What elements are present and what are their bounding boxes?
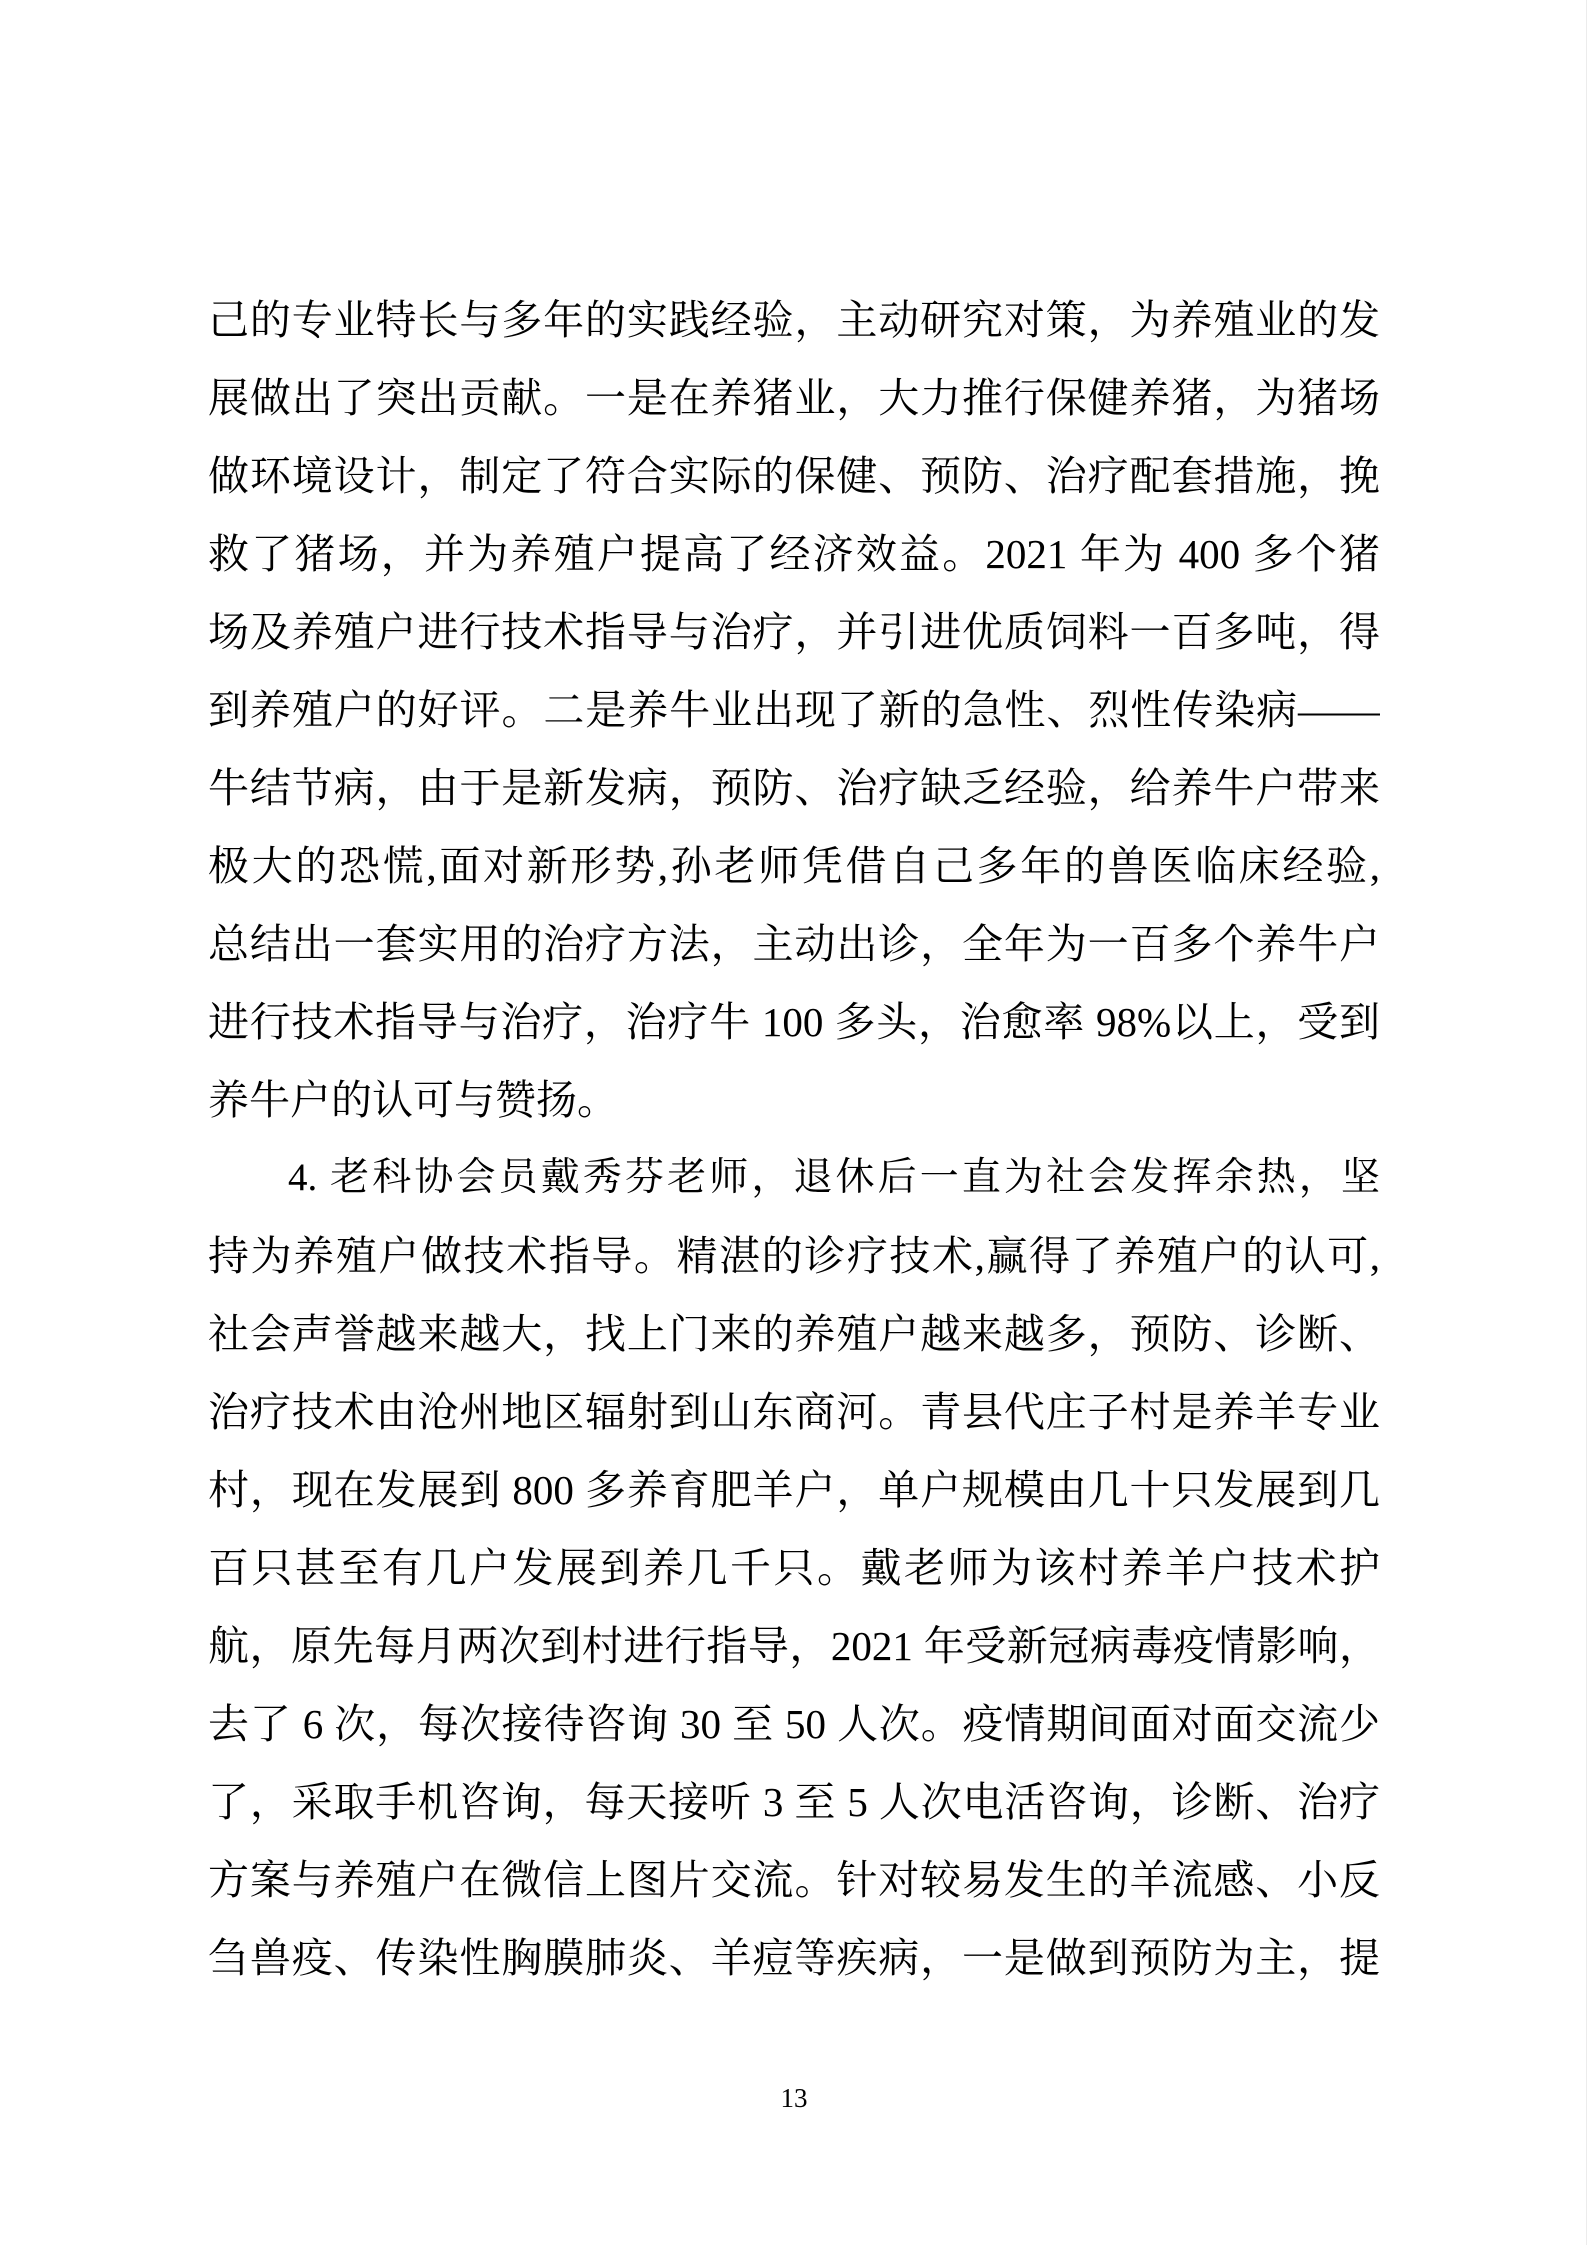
page-number: 13	[208, 2078, 1380, 2118]
text-line: 航，原先每月两次到村进行指导，2021 年受新冠病毒疫情影响，	[208, 1607, 1380, 1685]
text-line: 己的专业特长与多年的实践经验，主动研究对策，为养殖业的发	[208, 281, 1380, 359]
text-block: 己的专业特长与多年的实践经验，主动研究对策，为养殖业的发 展做出了突出贡献。一是…	[208, 281, 1380, 1997]
text-line: 刍兽疫、传染性胸膜肺炎、羊痘等疾病，一是做到预防为主，提	[208, 1919, 1380, 1997]
text-line: 百只甚至有几户发展到养几千只。戴老师为该村养羊户技术护	[208, 1529, 1380, 1607]
text-line: 展做出了突出贡献。一是在养猪业，大力推行保健养猪，为猪场	[208, 359, 1380, 437]
text-line: 进行技术指导与治疗，治疗牛 100 多头，治愈率 98%以上，受到	[208, 983, 1380, 1061]
text-line: 做环境设计，制定了符合实际的保健、预防、治疗配套措施，挽	[208, 437, 1380, 515]
text-line: 了，采取手机咨询，每天接听 3 至 5 人次电活咨询，诊断、治疗	[208, 1763, 1380, 1841]
document-page: 己的专业特长与多年的实践经验，主动研究对策，为养殖业的发 展做出了突出贡献。一是…	[0, 0, 1587, 2245]
text-line: 村，现在发展到 800 多养育肥羊户，单户规模由几十只发展到几	[208, 1451, 1380, 1529]
text-line-paragraph-end: 养牛户的认可与赞扬。	[208, 1061, 1380, 1139]
text-line: 社会声誉越来越大，找上门来的养殖户越来越多，预防、诊断、	[208, 1295, 1380, 1373]
text-line: 救了猪场，并为养殖户提高了经济效益。2021 年为 400 多个猪	[208, 515, 1380, 593]
text-line: 总结出一套实用的治疗方法，主动出诊，全年为一百多个养牛户	[208, 905, 1380, 983]
text-line: 到养殖户的好评。二是养牛业出现了新的急性、烈性传染病——	[208, 671, 1380, 749]
text-line: 方案与养殖户在微信上图片交流。针对较易发生的羊流感、小反	[208, 1841, 1380, 1919]
text-line: 去了 6 次，每次接待咨询 30 至 50 人次。疫情期间面对面交流少	[208, 1685, 1380, 1763]
text-line: 极大的恐慌,面对新形势,孙老师凭借自己多年的兽医临床经验,	[208, 827, 1380, 905]
text-line: 治疗技术由沧州地区辐射到山东商河。青县代庄子村是养羊专业	[208, 1373, 1380, 1451]
text-line: 持为养殖户做技术指导。精湛的诊疗技术,赢得了养殖户的认可,	[208, 1217, 1380, 1295]
text-line: 牛结节病，由于是新发病，预防、治疗缺乏经验，给养牛户带来	[208, 749, 1380, 827]
text-line-paragraph-start: 4. 老科协会员戴秀芬老师，退休后一直为社会发挥余热，坚	[208, 1139, 1380, 1217]
text-line: 场及养殖户进行技术指导与治疗，并引进优质饲料一百多吨，得	[208, 593, 1380, 671]
